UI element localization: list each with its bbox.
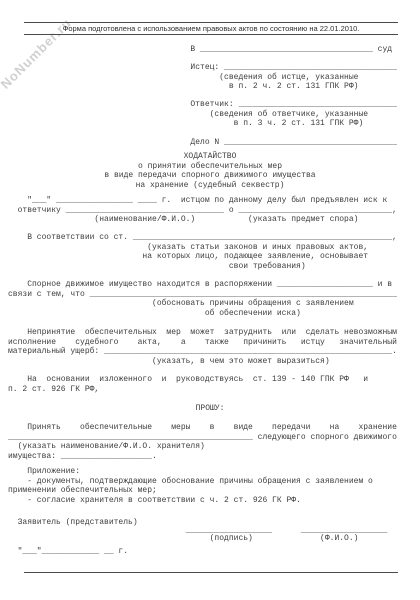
request-para: Принять обеспечительные меры в виде пере… [8, 423, 412, 461]
doc-line: - документы, подтверждающие обоснование … [8, 477, 412, 487]
doc-line: об обеспечении иска) [8, 309, 412, 319]
doc-line: связи с тем, что _______________________… [8, 290, 412, 300]
doc-line: исполнение судебного акта, а также причи… [8, 338, 412, 348]
doc-line: В ____________________________________ с… [8, 45, 412, 55]
doc-line: свои требования) [8, 262, 412, 272]
doc-line: (сведения об ответчике, указанные [8, 110, 412, 120]
doc-line: Приложение: [8, 467, 412, 477]
doc-line: на которых лицо, подающее заявление, осн… [8, 252, 412, 262]
defendant-block: Ответчик: ______________________________… [8, 100, 412, 129]
doc-line: (наименование/Ф.И.О.) (указать предмет с… [8, 215, 412, 225]
doc-line: в виде передачи спорного движимого имуще… [8, 171, 412, 181]
final-date-line: "___"____________ __ г. [8, 547, 412, 557]
plaintiff-block: Истец: _________________________________… [8, 63, 412, 92]
document-body: В ____________________________________ с… [0, 0, 420, 600]
case-number-line: Дело N _________________________________… [8, 138, 412, 148]
doc-line: Принять обеспечительные меры в виде пере… [8, 423, 412, 433]
doc-line: применении обеспечительных мер; [8, 486, 412, 496]
title-block: ХОДАТАЙСТВОо принятии обеспечительных ме… [8, 152, 412, 190]
risk-para: Непринятие обеспечительных мер может зат… [8, 328, 412, 366]
legal-basis-para: В соответствии со ст. __________________… [8, 233, 412, 271]
doc-line: имущества: ___________________. [8, 452, 412, 462]
doc-line: - согласие хранителя в соответствии с ч.… [8, 496, 412, 506]
doc-line: в п. 3 ч. 2 ст. 131 ГПК РФ) [8, 119, 412, 129]
bottom-rule [24, 572, 398, 573]
property-location-para: Спорное движимое имущество находится в р… [8, 280, 412, 318]
doc-line: Дело N _________________________________… [8, 138, 412, 148]
doc-line: в п. 2 ч. 2 ст. 131 ГПК РФ) [8, 82, 412, 92]
doc-line: (указать статьи законов и иных правовых … [8, 243, 412, 253]
doc-line: на хранение (судебный секвестр) [8, 181, 412, 191]
doc-line: Ответчик: ______________________________… [8, 100, 412, 110]
request-heading: ПРОШУ: [8, 404, 412, 414]
doc-line: (подпись) (Ф.И.О.) [8, 535, 412, 543]
doc-line: п. 2 ст. 926 ГК РФ, [8, 385, 412, 395]
doc-line: ХОДАТАЙСТВО [8, 152, 412, 162]
doc-line: "___"____________ __ г. [8, 547, 412, 557]
doc-line: (указать, в чем это может выразиться) [8, 357, 412, 367]
doc-line: ________________________________________… [8, 433, 412, 443]
doc-line: Непринятие обеспечительных мер может зат… [8, 328, 412, 338]
doc-line: В соответствии со ст. __________________… [8, 233, 412, 243]
doc-line: (сведения об истце, указанные [8, 73, 412, 83]
document-page: NoNumber.ru Форма подготовлена с использ… [0, 0, 420, 600]
doc-line: ответчику ______________________________… [8, 206, 412, 216]
court-line: В ____________________________________ с… [8, 45, 412, 55]
doc-line: Истец: _________________________________… [8, 63, 412, 73]
doc-line: (указать наименование/Ф.И.О. хранителя) [8, 442, 412, 452]
doc-line: ПРОШУ: [8, 404, 412, 414]
attachments-block: Приложение: - документы, подтверждающие … [8, 467, 412, 505]
signature-block: Заявитель (представитель) ______________… [8, 519, 412, 543]
doc-line: материальный ущерб: ____________________… [8, 347, 412, 357]
doc-line: (обосновать причины обращения с заявлени… [8, 299, 412, 309]
grounds-para: На основании изложенного и руководствуяс… [8, 375, 412, 394]
doc-line: "___" ________________ ____ г. истцом по… [8, 196, 412, 206]
doc-line: На основании изложенного и руководствуяс… [8, 375, 412, 385]
doc-line: о принятии обеспечительных мер [8, 162, 412, 172]
claim-intro-para: "___" ________________ ____ г. истцом по… [8, 196, 412, 225]
doc-line: Спорное движимое имущество находится в р… [8, 280, 412, 290]
